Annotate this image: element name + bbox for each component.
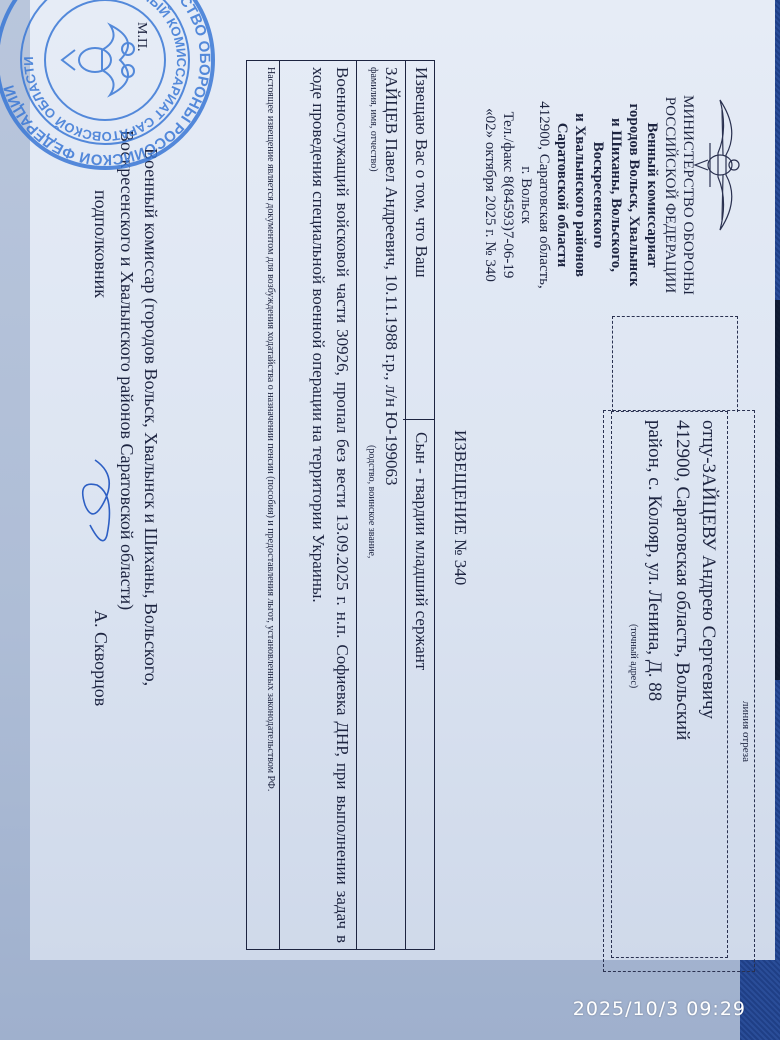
document-date-number: «02» октября 2025 г. № 340 bbox=[481, 65, 499, 325]
official-stamp-icon: МИНИСТЕРСТВО ОБОРОНЫ РОССИЙСКОЙ ФЕДЕРАЦИ… bbox=[0, 0, 220, 175]
eagle-emblem-icon bbox=[690, 95, 750, 235]
recipient-address-hint: (точный адрес) bbox=[628, 624, 639, 688]
sender-address-line2: г. Вольск bbox=[517, 65, 535, 325]
notice-table: Извещаю Вас о том, что Ваш Сын - гвардии… bbox=[246, 60, 435, 950]
sender-address-line1: 412900, Саратовская область, bbox=[535, 65, 553, 325]
inform-text: Извещаю Вас о том, что Ваш bbox=[411, 67, 431, 278]
photo-timestamp: 2025/10/3 09:29 bbox=[573, 998, 746, 1020]
recipient-address-box: отцу-ЗАЙЦЕВУ Андрею Сергеевичу 412900, С… bbox=[611, 411, 728, 958]
handwritten-signature-icon bbox=[75, 455, 125, 555]
org-line1: Венный комиссариат bbox=[643, 65, 661, 325]
person-details: ЗАЙЦЕВ Павел Андреевич, 10.11.1988 г.р.,… bbox=[381, 67, 403, 943]
ministry-line2: РОССИЙСКОЙ ФЕДЕРАЦИИ bbox=[661, 65, 679, 325]
relation-hint: (родство, воинское звание, bbox=[366, 445, 377, 558]
recipient-address-line2: район, с. Колояр, ул. Ленина, Д. 88 bbox=[643, 420, 665, 701]
org-line4: Воскресенского bbox=[589, 65, 607, 325]
org-line2: городов Вольск, Хвалынск bbox=[625, 65, 643, 325]
table-row: Военнослужащий войсковой части 30926, пр… bbox=[279, 61, 356, 949]
table-row: (родство, воинское звание, ЗАЙЦЕВ Павел … bbox=[356, 61, 405, 949]
org-line3: и Шиханы, Вольского, bbox=[607, 65, 625, 325]
signatory-name: А. Скворцов bbox=[89, 610, 113, 706]
relation-rank: Сын - гвардии младший сержант bbox=[403, 419, 434, 670]
signatory-title-line1: Военный комиссар (городов Вольск, Хвалын… bbox=[139, 148, 163, 686]
signatory-rank: подполковник bbox=[90, 190, 111, 298]
sender-header: МИНИСТЕРСТВО ОБОРОНЫ РОССИЙСКОЙ ФЕДЕРАЦИ… bbox=[481, 65, 697, 325]
notice-body: Военнослужащий войсковой части 30926, пр… bbox=[306, 67, 354, 943]
ministry-line1: МИНИСТЕРСТВО ОБОРОНЫ bbox=[679, 65, 697, 325]
legal-footnote: Настоящее извещение является документом … bbox=[264, 67, 277, 943]
recipient-address-line1: 412900, Саратовская область, Вольский bbox=[671, 420, 693, 740]
org-line6: Саратовской области bbox=[553, 65, 571, 325]
person-hint: фамилия, имя, отчество) bbox=[368, 67, 379, 172]
cut-line-label: линия отреза bbox=[740, 701, 752, 762]
table-row: Настоящее извещение является документом … bbox=[247, 61, 279, 949]
table-row: Извещаю Вас о том, что Ваш Сын - гвардии… bbox=[405, 61, 434, 949]
cut-zone: линия отреза отцу-ЗАЙЦЕВУ Андрею Сергеев… bbox=[603, 410, 755, 972]
notice-title: ИЗВЕЩЕНИЕ № 340 bbox=[450, 430, 470, 585]
cut-zone-left-box bbox=[612, 316, 738, 412]
recipient-name: отцу-ЗАЙЦЕВУ Андрею Сергеевичу bbox=[697, 420, 719, 719]
sender-phone: Тел./факс 8(84593)7-06-19 bbox=[499, 65, 517, 325]
org-line5: и Хвалынского районов bbox=[571, 65, 589, 325]
notice-document: линия отреза отцу-ЗАЙЦЕВУ Андрею Сергеев… bbox=[30, 0, 775, 960]
